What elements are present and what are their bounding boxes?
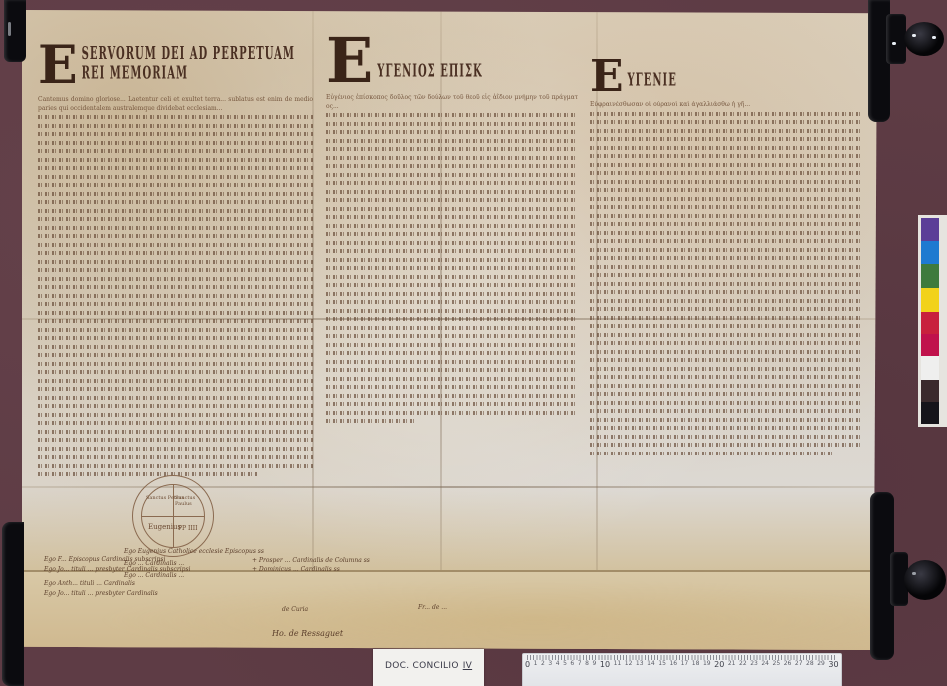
- swatch-dark-brown: [921, 380, 939, 402]
- subscription: Ego ... Cardinalis ...: [124, 560, 184, 568]
- ruler-numbers: 0123456789101112131415161718192021222324…: [525, 660, 839, 668]
- ruler-number: 4: [556, 660, 560, 668]
- swatch-black: [921, 402, 939, 424]
- ruler-number: 16: [669, 660, 677, 668]
- ruler-number: 25: [773, 660, 781, 668]
- ruler-number: 30: [828, 660, 838, 668]
- clip-hinge: [886, 14, 906, 64]
- ruler-number: 26: [784, 660, 792, 668]
- ruler-number: 15: [658, 660, 666, 668]
- latin-column: E UGENIUS EPISCOPUS SERVUS SERVORUM DEI …: [38, 40, 313, 480]
- greek-body-1: Εὐγένιος ἐπίσκοπος δοῦλος τῶν δούλων τοῦ…: [326, 94, 578, 426]
- ruler-number: 10: [600, 660, 610, 668]
- ruler-number: 12: [625, 660, 633, 668]
- illuminated-initial: E: [590, 55, 624, 99]
- ruler-number: 24: [761, 660, 769, 668]
- subscription: Ego ... Cardinalis ...: [124, 572, 184, 580]
- greek-body-2: Εὐφραινέσθωσαν οἱ οὐρανοὶ καὶ ἀγαλλιάσθω…: [590, 101, 862, 455]
- ruler-number: 5: [563, 660, 567, 668]
- ruler-number: 23: [750, 660, 758, 668]
- latin-heading: E UGENIUS EPISCOPUS SERVUS SERVORUM DEI …: [38, 40, 313, 92]
- binder-clip-top-left: [4, 0, 26, 62]
- label-text: DOC. CONCILIO: [385, 661, 459, 671]
- scribe-signature: Ho. de Ressaguet: [272, 630, 343, 638]
- ruler-number: 21: [728, 660, 736, 668]
- ruler-number: 29: [817, 660, 825, 668]
- plica: [22, 570, 877, 652]
- ruler-number: 8: [585, 660, 589, 668]
- swatch-green: [921, 264, 939, 288]
- subscription: Ego Anth... tituli ... Cardinalis: [44, 580, 135, 588]
- swatch-magenta: [921, 334, 939, 356]
- greek-heading-1: E ΥΓΕΝΙΟΣ ΕΠΙΣΚ: [326, 30, 578, 92]
- ruler-number: 11: [614, 660, 622, 668]
- ruler-number: 19: [703, 660, 711, 668]
- subscription: Ego Eugenius Catholice ecclesie Episcopu…: [124, 548, 264, 556]
- subscription: + Dominicus ... Cardinalis ss: [252, 566, 340, 574]
- swatch-white: [921, 356, 939, 380]
- ruler-number: 14: [647, 660, 655, 668]
- greek-column-1: E ΥΓΕΝΙΟΣ ΕΠΙΣΚ Εὐγένιος ἐπίσκοπος δοῦλο…: [326, 30, 578, 450]
- ruler-number: 17: [681, 660, 689, 668]
- plica-note: Fr... de ...: [418, 604, 447, 612]
- elongated-letters: ΥΓΕΝΙΕ: [628, 71, 677, 91]
- ruler-number: 18: [692, 660, 700, 668]
- ruler-number: 7: [578, 660, 582, 668]
- ruler-number: 28: [806, 660, 814, 668]
- label-number: IV: [463, 661, 472, 671]
- ruler-number: 27: [795, 660, 803, 668]
- ruler-number: 20: [714, 660, 724, 668]
- subscription: Ego Jo... tituli ... presbyter Cardinali…: [44, 590, 158, 598]
- swatch-blue: [921, 241, 939, 264]
- illuminated-initial: E: [326, 30, 373, 92]
- archive-label-card: DOC. CONCILIOIV: [373, 649, 484, 686]
- greek-column-2: E ΥΓΕΝΙΕ Εὐφραινέσθωσαν οἱ οὐρανοὶ καὶ ἀ…: [590, 55, 862, 455]
- measurement-ruler: 0123456789101112131415161718192021222324…: [522, 653, 842, 686]
- swatch-red: [921, 312, 939, 334]
- swatch-violet: [921, 218, 939, 241]
- ruler-number: 0: [525, 660, 530, 668]
- ruler-number: 9: [593, 660, 597, 668]
- binder-clip-bottom-left: [2, 522, 24, 686]
- latin-body: Cantemus domino gloriose... Laetentur ce…: [38, 96, 313, 479]
- elongated-letters: UGENIUS EPISCOPUS SERVUS SERVORUM DEI AD…: [82, 40, 313, 84]
- ruler-number: 1: [534, 660, 538, 668]
- plica-note: de Curia: [282, 606, 308, 614]
- ruler-number: 2: [541, 660, 545, 668]
- ruler-number: 22: [739, 660, 747, 668]
- color-calibration-card: [918, 215, 947, 427]
- clip-knob: [904, 22, 944, 56]
- greek-heading-2: E ΥΓΕΝΙΕ: [590, 55, 862, 99]
- ruler-number: 13: [636, 660, 644, 668]
- illuminated-initial: E: [38, 40, 78, 92]
- clip-knob: [904, 560, 946, 600]
- elongated-letters: ΥΓΕΝΙΟΣ ΕΠΙΣΚ: [377, 62, 482, 82]
- subscription: + Prosper ... Cardinalis de Columna ss: [252, 557, 370, 565]
- papal-rota: Sanctus Petrus Sanctus Paulus Eugenius P…: [132, 475, 214, 557]
- swatch-yellow: [921, 288, 939, 312]
- ruler-number: 6: [570, 660, 574, 668]
- ruler-number: 3: [548, 660, 552, 668]
